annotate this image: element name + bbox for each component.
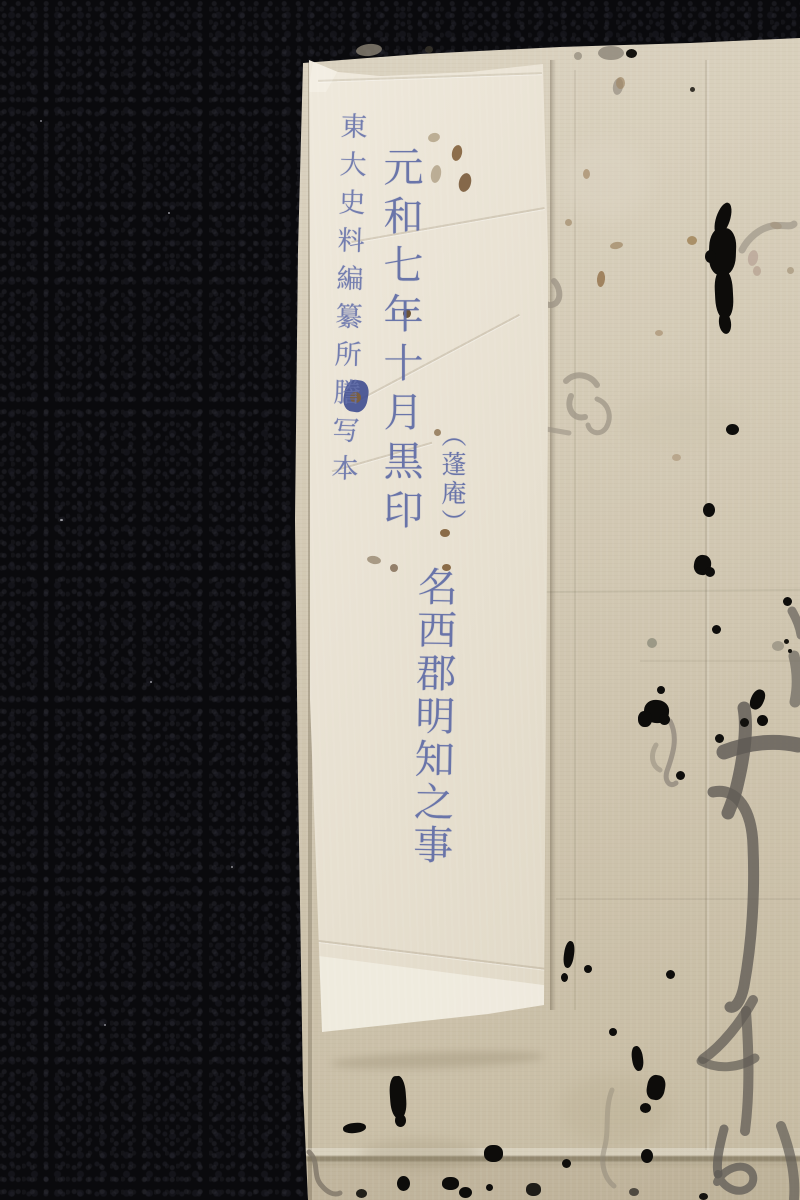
fold-crease (298, 1148, 800, 1168)
vertical-crease (574, 70, 576, 1010)
inscription-subject-text: 名西郡明知之事 (401, 566, 463, 868)
photo-stage: 東大史料編纂所謄写本 元和七年十月黒印 （蓬庵） 名西郡明知之事 (0, 0, 800, 1200)
horizontal-crease (556, 898, 800, 900)
vertical-crease (705, 60, 707, 1150)
horizontal-crease (640, 660, 800, 662)
inscription-annotation-text: （蓬庵） (434, 422, 470, 538)
fold-lower-panel (298, 1164, 800, 1200)
inscription-date-text: 元和七年十月黒印 (372, 146, 429, 538)
horizontal-crease (545, 589, 800, 593)
slip-crease (315, 940, 551, 971)
slip-seam-shadow (550, 60, 556, 1010)
